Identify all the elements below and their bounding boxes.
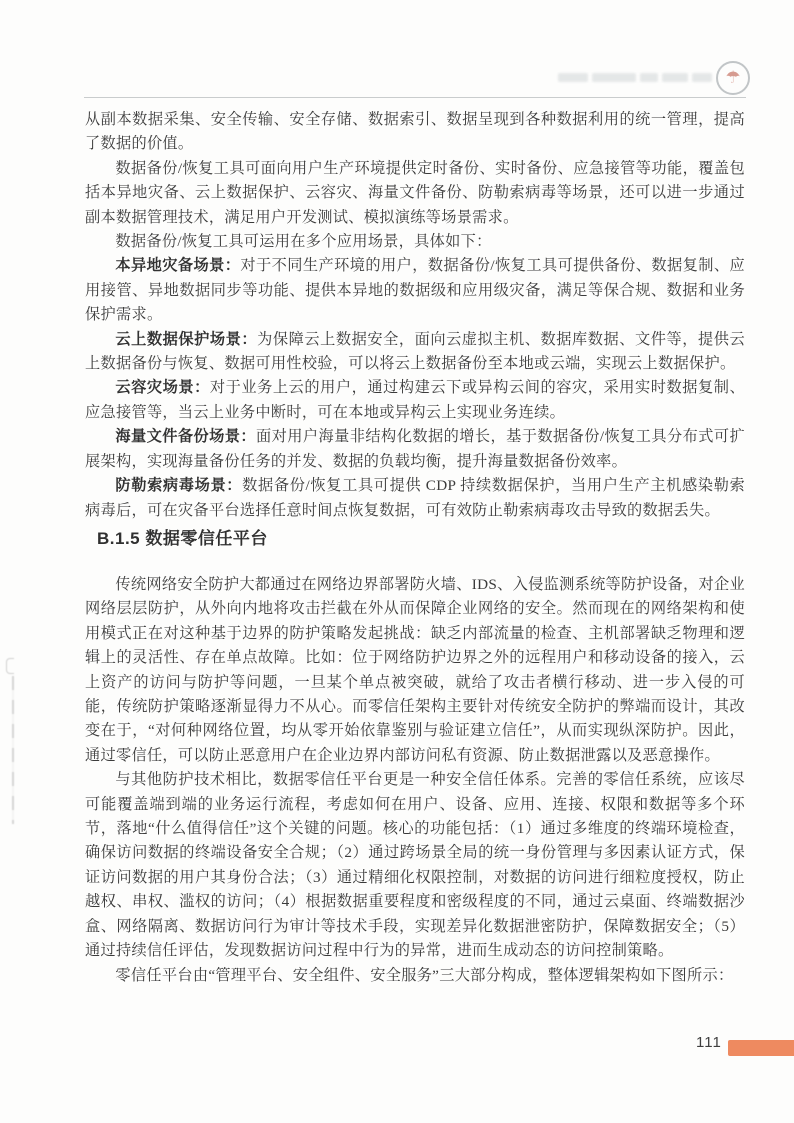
header-running-title — [540, 70, 712, 84]
faint-text-block — [640, 73, 658, 82]
scenario-paragraph: 防勒索病毒场景：数据备份/恢复工具可提供 CDP 持续数据保护，当用户生产主机感… — [85, 474, 745, 523]
paragraph: 零信任平台由“管理平台、安全组件、安全服务”三大部分构成，整体逻辑架构如下图所示… — [85, 964, 745, 988]
paragraph: 传统网络安全防护大都通过在网络边界部署防火墙、IDS、入侵监测系统等防护设备，对… — [85, 573, 745, 768]
section-text-block: 传统网络安全防护大都通过在网络边界部署防火墙、IDS、入侵监测系统等防护设备，对… — [85, 573, 745, 988]
paragraph: 数据备份/恢复工具可运用在多个应用场景，具体如下： — [85, 230, 745, 254]
page-number: 111 — [696, 1034, 722, 1051]
faint-text-block — [592, 73, 636, 82]
scenario-label: 防勒索病毒场景： — [115, 477, 242, 494]
paragraph-continuation: 从副本数据采集、安全传输、安全存储、数据索引、数据呈现到各种数据利用的统一管理，… — [85, 108, 745, 157]
scenario-paragraph: 本异地灾备场景：对于不同生产环境的用户，数据备份/恢复工具可提供备份、数据复制、… — [85, 254, 745, 327]
section-heading: B.1.5 数据零信任平台 — [97, 524, 268, 549]
publisher-seal-icon: ☂ — [716, 61, 750, 95]
scenario-paragraph: 云容灾场景：对于业务上云的用户，通过构建云下或异构云间的容灾，采用实时数据复制、… — [85, 376, 745, 425]
footer-accent-bar — [728, 1040, 794, 1056]
faint-text-block — [692, 73, 712, 82]
document-page: ☂ 从副本数据采集、安全传输、安全存储、数据索引、数据呈现到各种数据利用的统一管… — [0, 0, 794, 1123]
scenario-label: 云容灾场景： — [115, 379, 209, 396]
paragraph: 与其他防护技术相比，数据零信任平台更是一种安全信任体系。完善的零信任系统，应该尽… — [85, 768, 745, 963]
header-divider — [84, 97, 746, 98]
scenario-label: 本异地灾备场景： — [115, 257, 240, 274]
paragraph: 数据备份/恢复工具可面向用户生产环境提供定时备份、实时备份、应急接管等功能，覆盖… — [85, 157, 745, 230]
intro-text-block: 从副本数据采集、安全传输、安全存储、数据索引、数据呈现到各种数据利用的统一管理，… — [85, 108, 745, 523]
faint-text-block — [558, 73, 588, 82]
faint-text-block — [662, 73, 688, 82]
scan-artifact-line — [12, 676, 14, 824]
scenario-paragraph: 云上数据保护场景：为保障云上数据安全，面向云虚拟主机、数据库数据、文件等，提供云… — [85, 328, 745, 377]
scenario-paragraph: 海量文件备份场景：面对用户海量非结构化数据的增长，基于数据备份/恢复工具分布式可… — [85, 425, 745, 474]
umbrella-icon: ☂ — [725, 70, 740, 87]
scenario-label: 海量文件备份场景： — [115, 428, 256, 445]
scan-artifact — [6, 658, 14, 674]
scenario-label: 云上数据保护场景： — [115, 331, 257, 348]
